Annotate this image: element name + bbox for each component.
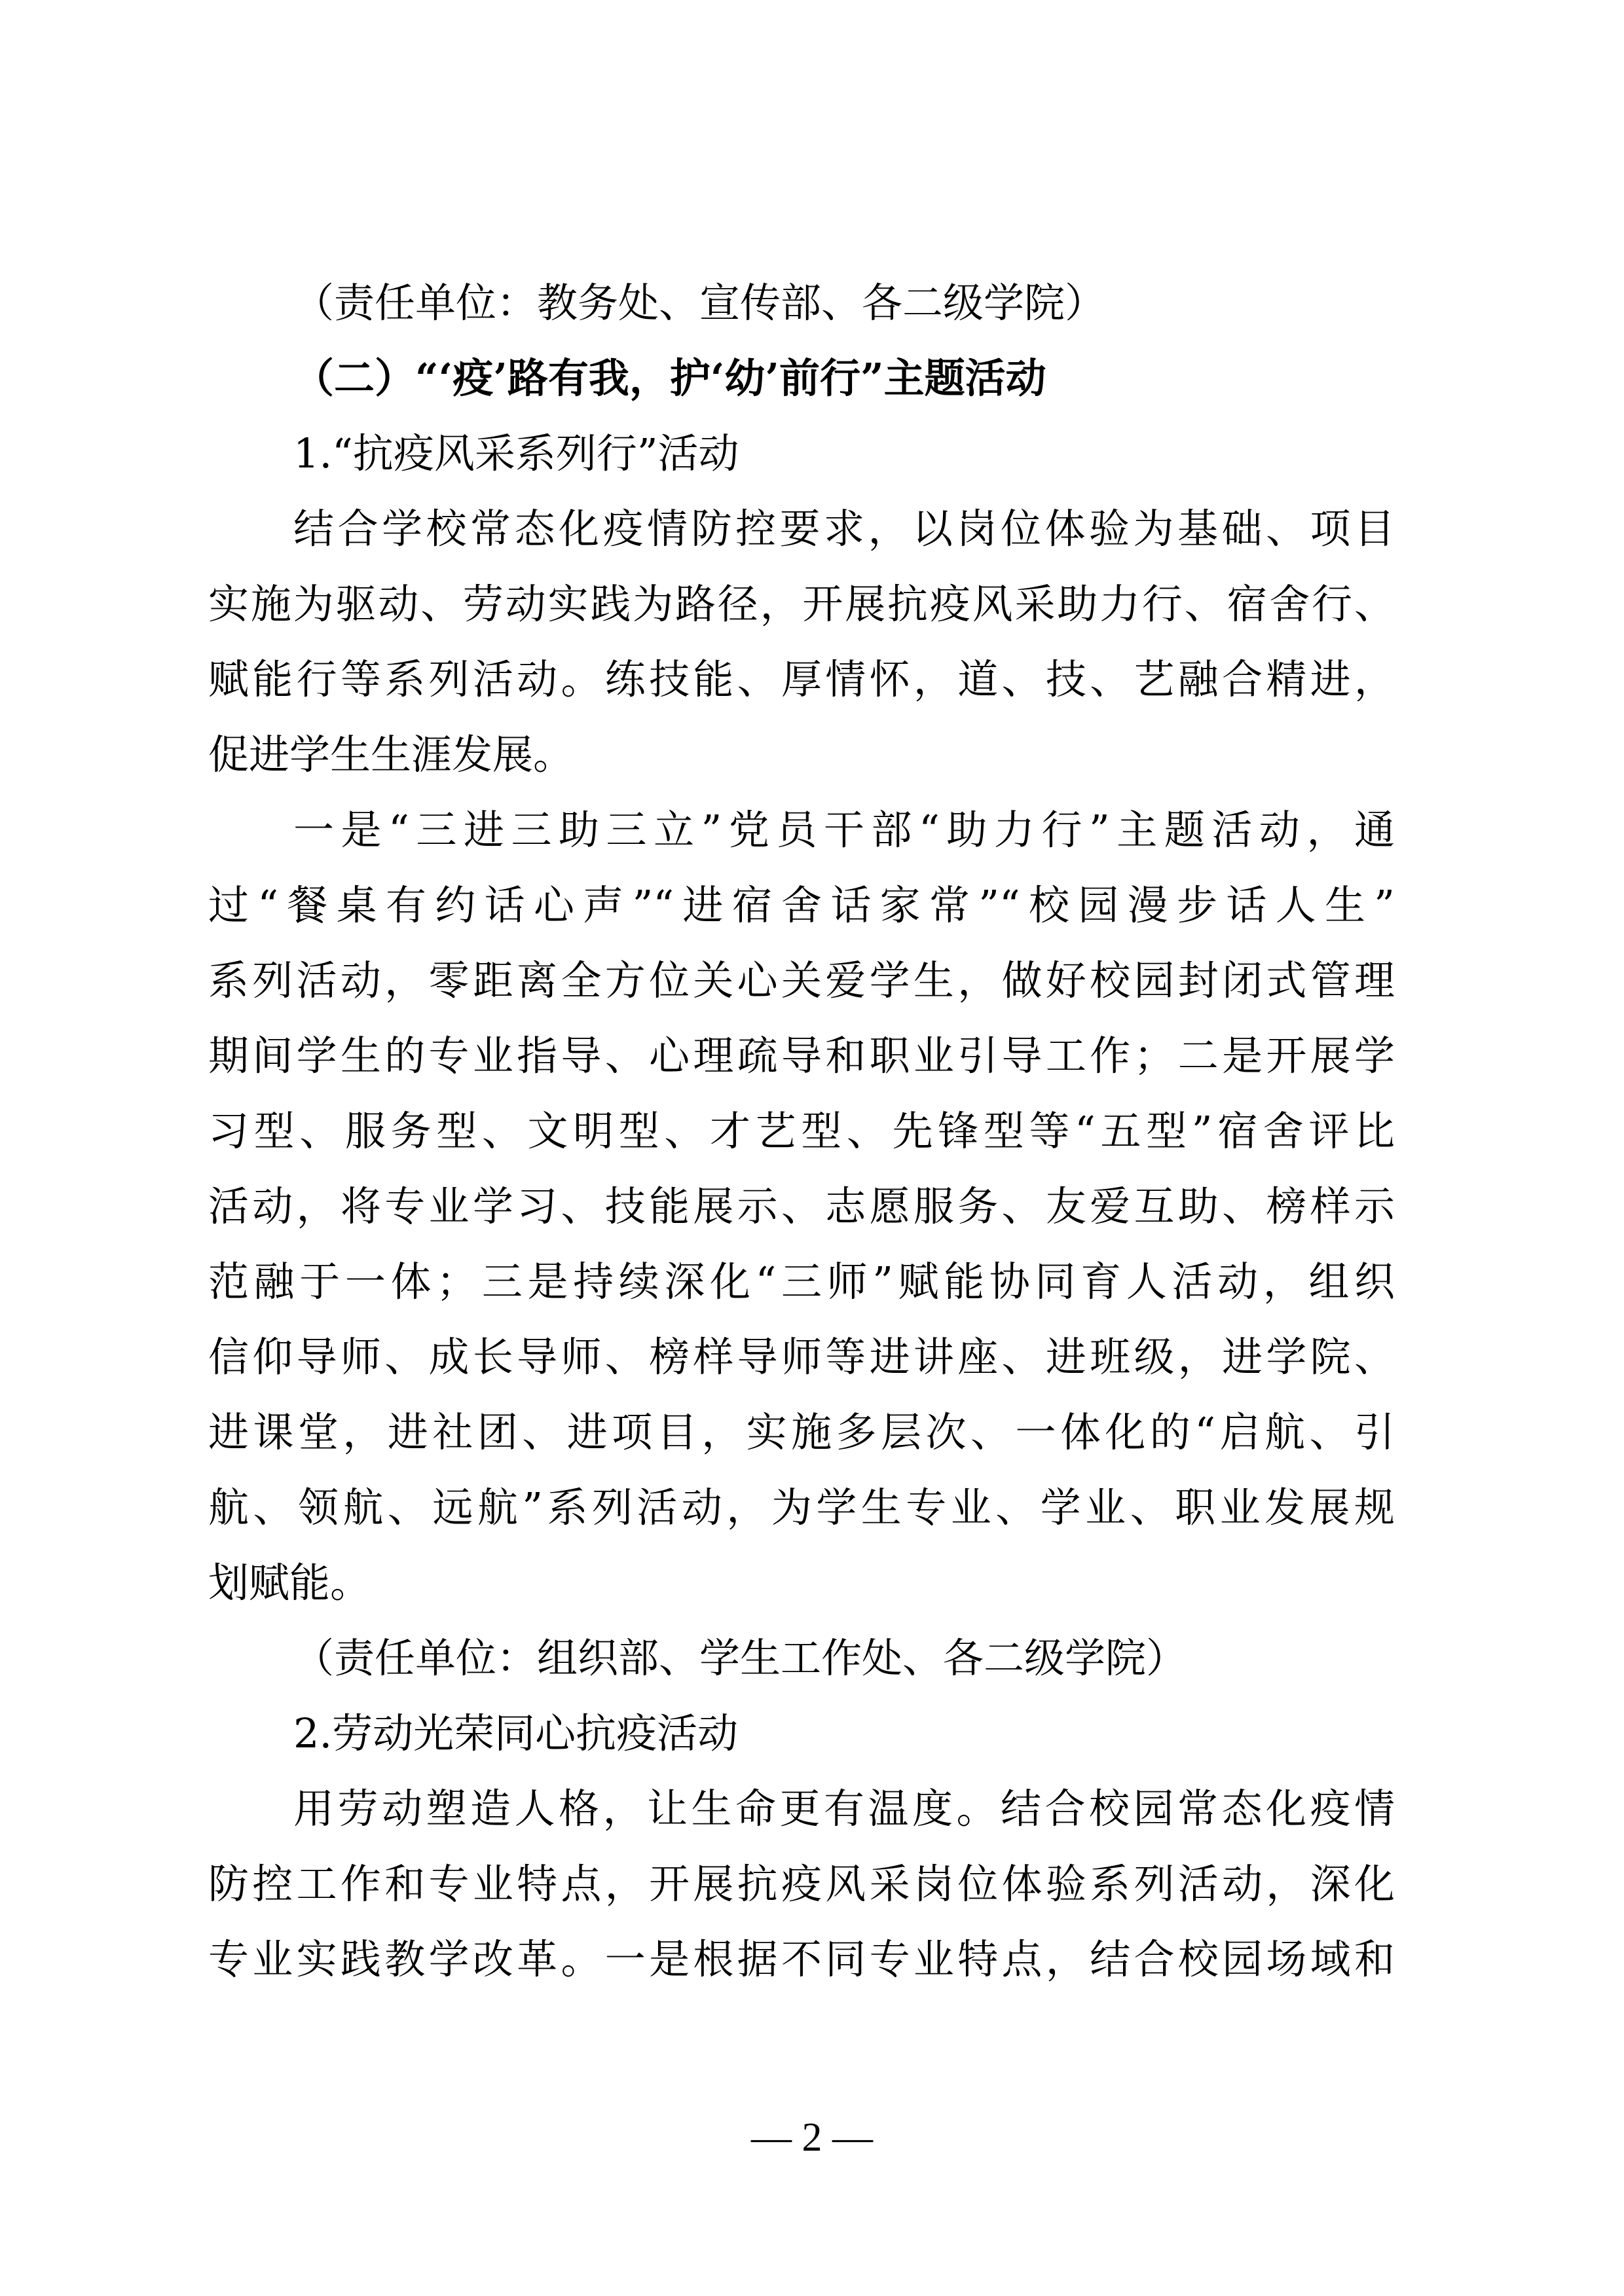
paragraph-line: 一是“三进三助三立”党员干部“助力行”主题活动，通 — [293, 801, 1395, 860]
paragraph-line: 航、领航、远航”系列活动，为学生专业、学业、职业发展规 — [208, 1478, 1395, 1537]
paragraph-line: 进课堂，进社团、进项目，实施多层次、一体化的“启航、引 — [208, 1403, 1395, 1462]
paragraph-line: 结合学校常态化疫情防控要求，以岗位体验为基础、项目 — [293, 500, 1395, 558]
paragraph-line: 划赋能。 — [208, 1554, 1395, 1613]
paragraph-line: 实施为驱动、劳动实践为路径，开展抗疫风采助力行、宿舍行、 — [208, 575, 1395, 634]
page-number: — 2 — — [0, 2111, 1624, 2164]
paragraph-line: 用劳动塑造人格，让生命更有温度。结合校园常态化疫情 — [293, 1779, 1395, 1838]
paragraph-line: 系列活动，零距离全方位关心关爱学生，做好校园封闭式管理 — [208, 951, 1395, 1010]
item1-title: 1.“抗疫风采系列行”活动 — [293, 424, 739, 483]
paragraph-line: 期间学生的专业指导、心理疏导和职业引导工作；二是开展学 — [208, 1027, 1395, 1085]
document-page: （责任单位：教务处、宣传部、各二级学院） （二）“‘疫’路有我，护‘幼’前行”主… — [0, 0, 1624, 2296]
item2-title: 2.劳动光荣同心抗疫活动 — [293, 1704, 738, 1763]
paragraph-line: 信仰导师、成长导师、榜样导师等进讲座、进班级，进学院、 — [208, 1328, 1395, 1387]
responsible-unit-line: （责任单位：组织部、学生工作处、各二级学院） — [293, 1629, 1187, 1688]
paragraph-line: 过“餐桌有约话心声”“进宿舍话家常”“校园漫步话人生” — [208, 876, 1395, 935]
paragraph-line: 防控工作和专业特点，开展抗疫风采岗位体验系列活动，深化 — [208, 1855, 1395, 1914]
paragraph-line: 促进学生生涯发展。 — [208, 725, 1395, 784]
paragraph-line: 习型、服务型、文明型、才艺型、先锋型等“五型”宿舍评比 — [208, 1102, 1395, 1161]
section-heading: （二）“‘疫’路有我，护‘幼’前行”主题活动 — [293, 349, 1046, 408]
paragraph-line: 赋能行等系列活动。练技能、厚情怀，道、技、艺融合精进， — [208, 650, 1395, 709]
paragraph-line: 活动，将专业学习、技能展示、志愿服务、友爱互助、榜样示 — [208, 1177, 1395, 1236]
responsible-unit-line: （责任单位：教务处、宣传部、各二级学院） — [293, 274, 1105, 333]
paragraph-line: 范融于一体；三是持续深化“三师”赋能协同育人活动，组织 — [208, 1252, 1395, 1311]
paragraph-line: 专业实践教学改革。一是根据不同专业特点，结合校园场域和 — [208, 1930, 1395, 1989]
